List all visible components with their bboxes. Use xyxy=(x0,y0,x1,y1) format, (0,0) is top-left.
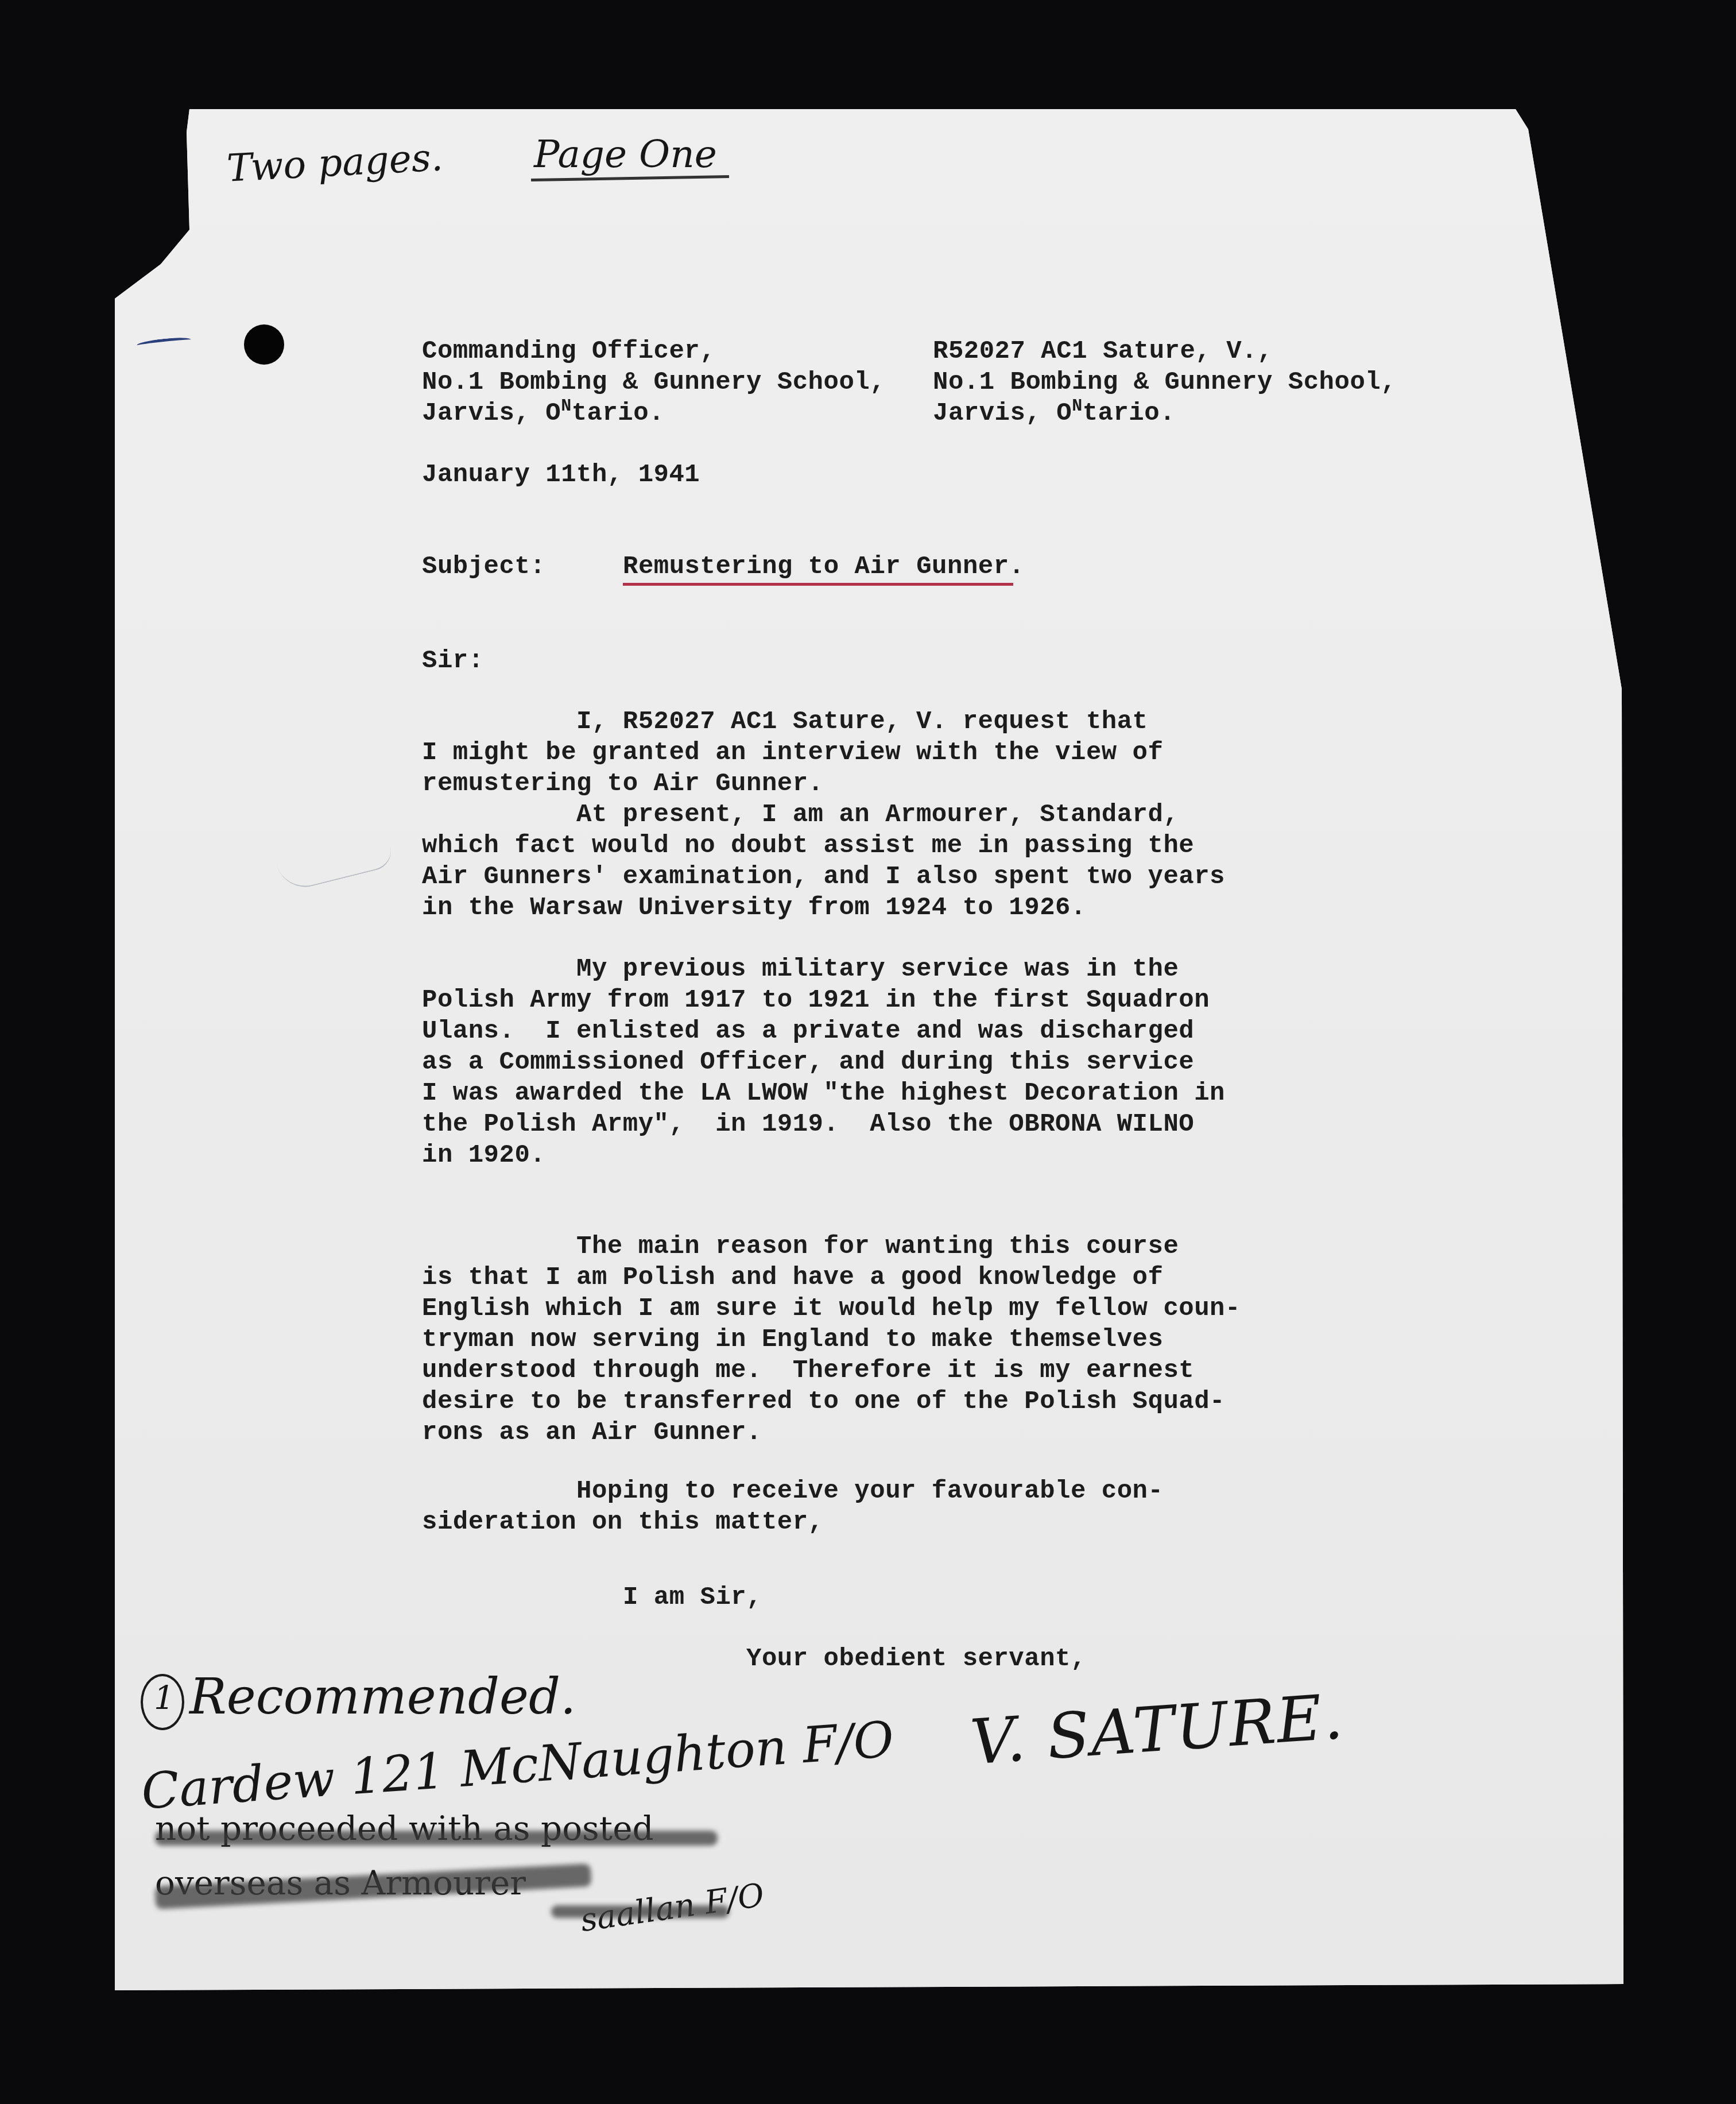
body-line: remustering to Air Gunner. xyxy=(422,768,824,799)
body-line: My previous military service was in the xyxy=(422,954,1179,985)
punch-hole xyxy=(244,324,284,365)
body-line: At present, I am an Armourer, Standard, xyxy=(422,799,1179,830)
body-line: in the Warsaw University from 1924 to 19… xyxy=(422,892,1086,923)
subject-value: Remustering to Air Gunner. xyxy=(623,551,1025,582)
sender-line: Jarvis, ONtario. xyxy=(933,398,1175,431)
addressee-line: Commanding Officer, xyxy=(422,336,715,367)
body-line: in 1920. xyxy=(422,1140,545,1171)
body-line: Hoping to receive your favourable con- xyxy=(422,1476,1163,1507)
body-line: tryman now serving in England to make th… xyxy=(422,1324,1163,1355)
pencil-strikethrough xyxy=(155,1831,718,1846)
body-line: understood through me. Therefore it is m… xyxy=(422,1355,1194,1386)
body-line: is that I am Polish and have a good know… xyxy=(422,1262,1163,1293)
body-line: sideration on this matter, xyxy=(422,1507,824,1538)
sender-line: R52027 AC1 Sature, V., xyxy=(933,336,1273,367)
body-line: Ulans. I enlisted as a private and was d… xyxy=(422,1016,1194,1047)
body-line: which fact would no doubt assist me in p… xyxy=(422,830,1194,861)
annotation-recommended: Recommended. xyxy=(189,1668,576,1726)
body-line: I might be granted an interview with the… xyxy=(422,737,1163,768)
closing-line: I am Sir, xyxy=(623,1582,762,1613)
addressee-line: No.1 Bombing & Gunnery School, xyxy=(422,367,885,398)
body-line: the Polish Army", in 1919. Also the OBRO… xyxy=(422,1109,1194,1140)
body-line: rons as an Air Gunner. xyxy=(422,1417,762,1448)
body-line: The main reason for wanting this course xyxy=(422,1231,1179,1262)
body-line: desire to be transferred to one of the P… xyxy=(422,1386,1225,1417)
handwritten-page-label: Page One xyxy=(534,132,717,176)
body-line: Polish Army from 1917 to 1921 in the fir… xyxy=(422,985,1210,1016)
pencil-strikethrough xyxy=(551,1905,729,1918)
subject-label: Subject: xyxy=(422,551,545,582)
subject-red-underline xyxy=(623,583,1013,586)
sender-line: No.1 Bombing & Gunnery School, xyxy=(933,367,1396,398)
annotation-item-number: 1 xyxy=(154,1680,175,1717)
closing-line: Your obedient servant, xyxy=(746,1643,1086,1674)
letter-date: January 11th, 1941 xyxy=(422,459,700,490)
body-line: I, R52027 AC1 Sature, V. request that xyxy=(422,706,1148,737)
addressee-line: Jarvis, ONtario. xyxy=(422,398,664,431)
body-line: I was awarded the LA LWOW "the highest D… xyxy=(422,1078,1225,1109)
body-line: as a Commissioned Officer, and during th… xyxy=(422,1047,1194,1078)
salutation: Sir: xyxy=(422,645,484,676)
body-line: English which I am sure it would help my… xyxy=(422,1293,1241,1324)
body-line: Air Gunners' examination, and I also spe… xyxy=(422,861,1225,892)
